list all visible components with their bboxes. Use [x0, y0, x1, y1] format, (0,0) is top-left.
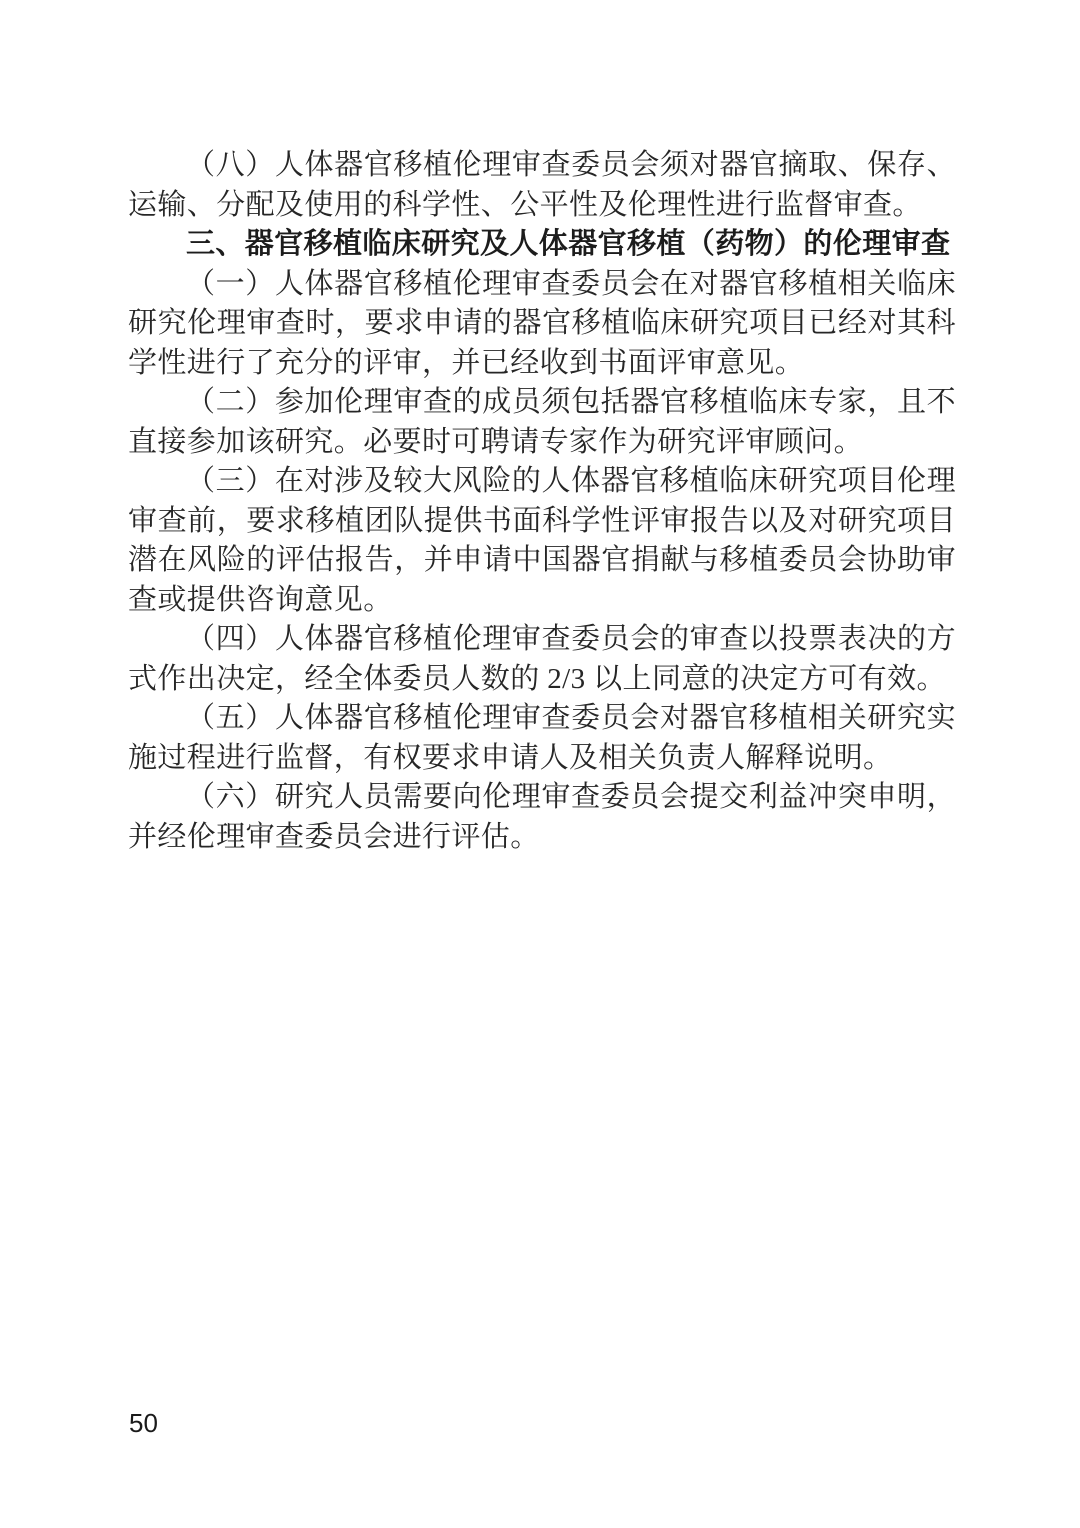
section-heading-3: 三、器官移植临床研究及人体器官移植（药物）的伦理审查: [128, 225, 956, 265]
page-number: 50: [129, 1408, 158, 1439]
text-block: （八）人体器官移植伦理审查委员会须对器官摘取、保存、运输、分配及使用的科学性、公…: [128, 146, 956, 857]
document-page: （八）人体器官移植伦理审查委员会须对器官摘取、保存、运输、分配及使用的科学性、公…: [0, 0, 1080, 1528]
paragraph-item-4: （四）人体器官移植伦理审查委员会的审查以投票表决的方式作出决定，经全体委员人数的…: [128, 620, 956, 699]
paragraph-item-6: （六）研究人员需要向伦理审查委员会提交利益冲突申明，并经伦理审查委员会进行评估。: [128, 778, 956, 857]
paragraph-item-1: （一）人体器官移植伦理审查委员会在对器官移植相关临床研究伦理审查时，要求申请的器…: [128, 265, 956, 384]
paragraph-item-8: （八）人体器官移植伦理审查委员会须对器官摘取、保存、运输、分配及使用的科学性、公…: [128, 146, 956, 225]
paragraph-item-2: （二）参加伦理审查的成员须包括器官移植临床专家，且不直接参加该研究。必要时可聘请…: [128, 383, 956, 462]
paragraph-item-3: （三）在对涉及较大风险的人体器官移植临床研究项目伦理审查前，要求移植团队提供书面…: [128, 462, 956, 620]
paragraph-item-5: （五）人体器官移植伦理审查委员会对器官移植相关研究实施过程进行监督，有权要求申请…: [128, 699, 956, 778]
